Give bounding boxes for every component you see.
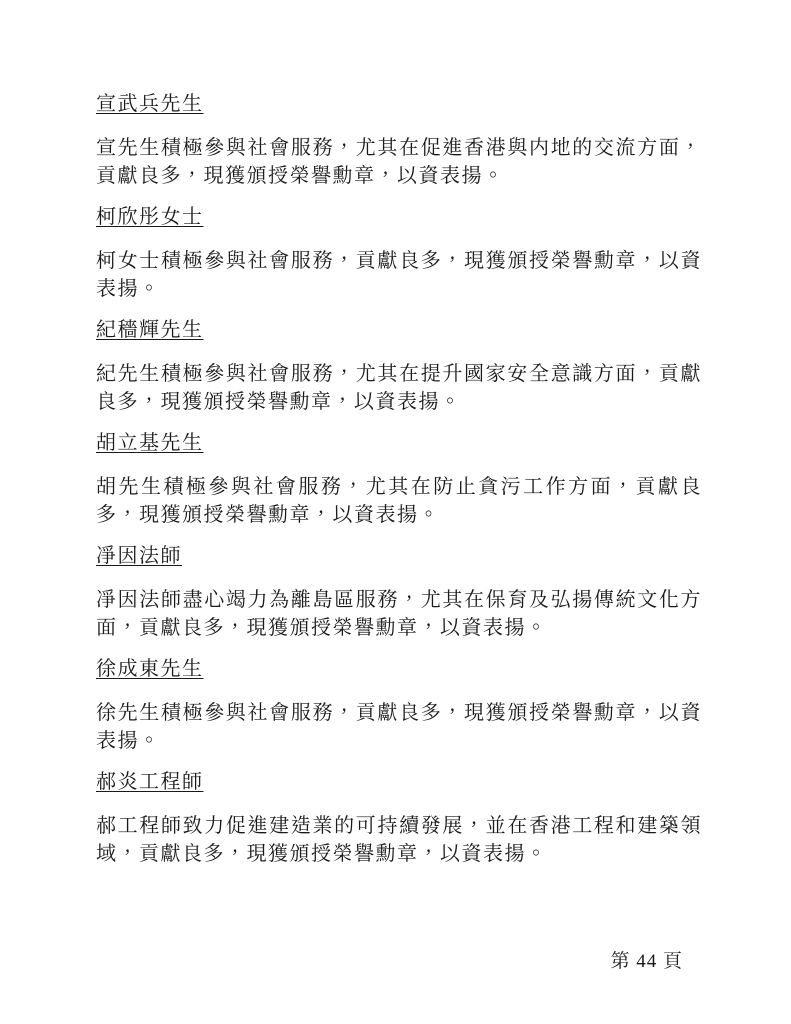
entry-name: 郝炎工程師 <box>96 768 702 796</box>
entry-body: 郝工程師致力促進建造業的可持續發展，並在香港工程和建築領域，貢獻良多，現獲頒授榮… <box>96 812 702 868</box>
entry-name: 宣武兵先生 <box>96 90 702 118</box>
entry-body: 柯女士積極參與社會服務，貢獻良多，現獲頒授榮譽勳章，以資表揚。 <box>96 247 702 303</box>
entry-body: 胡先生積極參與社會服務，尤其在防止貪污工作方面，貢獻良多，現獲頒授榮譽勳章，以資… <box>96 473 702 529</box>
honour-entry: 柯欣彤女士 柯女士積極參與社會服務，貢獻良多，現獲頒授榮譽勳章，以資表揚。 <box>96 203 702 303</box>
entry-name: 胡立基先生 <box>96 429 702 457</box>
entry-name: 徐成東先生 <box>96 655 702 683</box>
honour-entry: 郝炎工程師 郝工程師致力促進建造業的可持續發展，並在香港工程和建築領域，貢獻良多… <box>96 768 702 868</box>
entry-body: 紀先生積極參與社會服務，尤其在提升國家安全意識方面，貢獻良多，現獲頒授榮譽勳章，… <box>96 360 702 416</box>
honour-entry: 宣武兵先生 宣先生積極參與社會服務，尤其在促進香港與内地的交流方面，貢獻良多，現… <box>96 90 702 190</box>
entry-body: 凈因法師盡心竭力為離島區服務，尤其在保育及弘揚傳統文化方面，貢獻良多，現獲頒授榮… <box>96 586 702 642</box>
entry-name: 凈因法師 <box>96 542 702 570</box>
document-page: 宣武兵先生 宣先生積極參與社會服務，尤其在促進香港與内地的交流方面，貢獻良多，現… <box>0 0 791 1024</box>
honour-entry: 紀穡輝先生 紀先生積極參與社會服務，尤其在提升國家安全意識方面，貢獻良多，現獲頒… <box>96 316 702 416</box>
entry-body: 宣先生積極參與社會服務，尤其在促進香港與内地的交流方面，貢獻良多，現獲頒授榮譽勳… <box>96 134 702 190</box>
page-number: 第 44 頁 <box>610 948 683 976</box>
entry-name: 柯欣彤女士 <box>96 203 702 231</box>
entry-body: 徐先生積極參與社會服務，貢獻良多，現獲頒授榮譽勳章，以資表揚。 <box>96 699 702 755</box>
honour-entry: 徐成東先生 徐先生積極參與社會服務，貢獻良多，現獲頒授榮譽勳章，以資表揚。 <box>96 655 702 755</box>
entry-name: 紀穡輝先生 <box>96 316 702 344</box>
document-body: 宣武兵先生 宣先生積極參與社會服務，尤其在促進香港與内地的交流方面，貢獻良多，現… <box>96 90 702 881</box>
honour-entry: 凈因法師 凈因法師盡心竭力為離島區服務，尤其在保育及弘揚傳統文化方面，貢獻良多，… <box>96 542 702 642</box>
honour-entry: 胡立基先生 胡先生積極參與社會服務，尤其在防止貪污工作方面，貢獻良多，現獲頒授榮… <box>96 429 702 529</box>
